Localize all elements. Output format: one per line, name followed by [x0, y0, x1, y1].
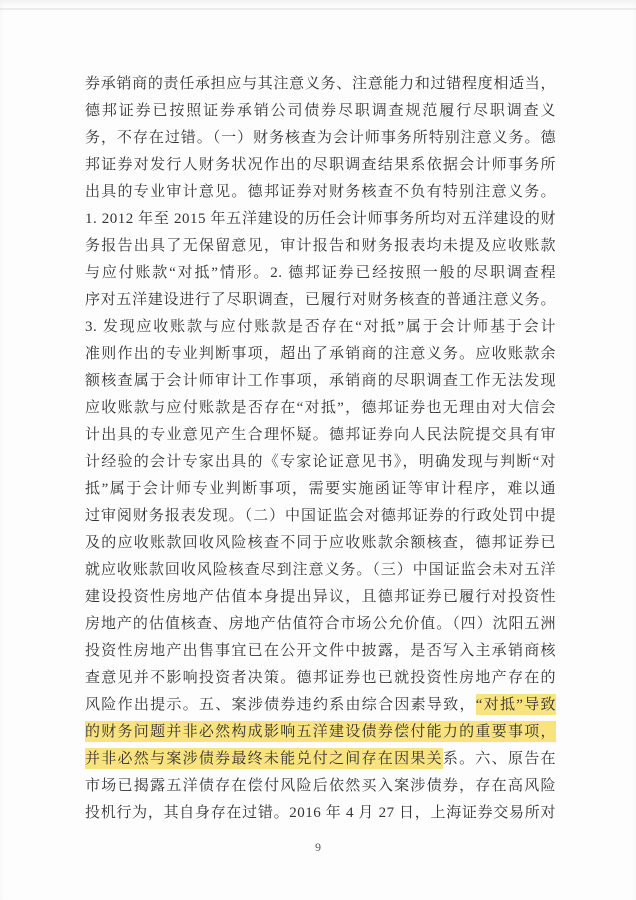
text-segment: 投机行为，其自身存在过错。2016 年 4 月 27 日，上海证券交易所对: [85, 805, 556, 821]
text-line: 查意见并不影响投资者决策。德邦证券也已就投资性房地产存在的: [85, 665, 556, 692]
text-line: 房地产的估值核查、房地产估值符合市场公允价值。（四）沈阳五洲: [85, 611, 556, 638]
text-line: 务报告出具了无保留意见，审计报告和财务报表均未提及应收账款: [85, 233, 556, 260]
text-segment: 3. 发现应收账款与应付账款是否存在“对抵”属于会计师基于会计: [85, 319, 556, 335]
text-line: 投机行为，其自身存在过错。2016 年 4 月 27 日，上海证券交易所对: [85, 800, 556, 827]
text-segment: 投资性房地产出售事宜已在公开文件中披露，是否写入主承销商核: [85, 643, 556, 659]
text-line: 市场已揭露五洋债存在偿付风险后依然买入案涉债券，存在高风险: [85, 773, 556, 800]
text-line: 准则作出的专业判断事项，超出了承销商的注意义务。应收账款余: [85, 341, 556, 368]
highlighted-text: 并非必然与案涉债券最终未能兑付之间存在因果关: [85, 748, 443, 769]
text-segment: 市场已揭露五洋债存在偿付风险后依然买入案涉债券，存在高风险: [85, 778, 556, 794]
text-line: 的财务问题并非必然构成影响五洋建设债券偿付能力的重要事项，: [85, 719, 556, 746]
scan-artifact-line: [0, 8, 636, 10]
text-segment: 抵”属于会计师专业判断事项，需要实施函证等审计程序，难以通: [85, 481, 556, 497]
text-line: 计经验的会计专家出具的《专家论证意见书》，明确发现与判断“对: [85, 449, 556, 476]
text-segment: 额核查属于会计师审计工作事项，承销商的尽职调查工作无法发现: [85, 373, 556, 389]
text-line: 务，不存在过错。（一）财务核查为会计师事务所特别注意义务。德: [85, 125, 556, 152]
highlighted-text: 的财务问题并非必然构成影响五洋建设债券偿付能力的重要事项，: [85, 721, 556, 742]
text-line: 风险作出提示。五、案涉债券违约系由综合因素导致，“对抵”导致: [85, 692, 556, 719]
text-line: 3. 发现应收账款与应付账款是否存在“对抵”属于会计师基于会计: [85, 314, 556, 341]
text-segment: 过审阅财务报表发现。（二）中国证监会对德邦证券的行政处罚中提: [85, 508, 556, 524]
text-line: 券承销商的责任承担应与其注意义务、注意能力和过错程度相适当，: [85, 71, 556, 98]
text-segment: 房地产的估值核查、房地产估值符合市场公允价值。（四）沈阳五洲: [85, 616, 556, 632]
text-line: 额核查属于会计师审计工作事项，承销商的尽职调查工作无法发现: [85, 368, 556, 395]
text-segment: 出具的专业审计意见。德邦证券对财务核查不负有特别注意义务。: [85, 184, 556, 200]
text-segment: 应收账款与应付账款是否存在“对抵”，德邦证券也无理由对大信会: [85, 400, 556, 416]
text-segment: 1. 2012 年至 2015 年五洋建设的历任会计师事务所均对五洋建设的财: [85, 211, 556, 227]
text-segment: 德邦证券已按照证券承销公司债券尽职调查规范履行尽职调查义: [85, 103, 556, 119]
text-segment: 邦证券对发行人财务状况作出的尽职调查结果系依据会计师事务所: [85, 157, 556, 173]
text-line: 邦证券对发行人财务状况作出的尽职调查结果系依据会计师事务所: [85, 152, 556, 179]
text-segment: 序对五洋建设进行了尽职调查，已履行对财务核查的普通注意义务。: [85, 292, 556, 308]
text-segment: 准则作出的专业判断事项，超出了承销商的注意义务。应收账款余: [85, 346, 556, 362]
document-body: 券承销商的责任承担应与其注意义务、注意能力和过错程度相适当，德邦证券已按照证券承…: [85, 71, 556, 827]
document-page: 券承销商的责任承担应与其注意义务、注意能力和过错程度相适当，德邦证券已按照证券承…: [0, 0, 636, 900]
text-segment: 及的应收账款回收风险核查不同于应收账款余额核查，德邦证券已: [85, 535, 556, 551]
text-segment: 券承销商的责任承担应与其注意义务、注意能力和过错程度相适当，: [85, 76, 556, 92]
text-segment: 就应收账款回收风险核查尽到注意义务。（三）中国证监会未对五洋: [85, 562, 556, 578]
text-line: 抵”属于会计师专业判断事项，需要实施函证等审计程序，难以通: [85, 476, 556, 503]
text-segment: 与应付账款“对抵”情形。2. 德邦证券已经按照一般的尽职调查程: [85, 265, 556, 281]
text-line: 就应收账款回收风险核查尽到注意义务。（三）中国证监会未对五洋: [85, 557, 556, 584]
text-segment: 风险作出提示。五、案涉债券违约系由综合因素导致，: [85, 697, 476, 713]
text-line: 建设投资性房地产估值本身提出异议，且德邦证券已履行对投资性: [85, 584, 556, 611]
text-line: 及的应收账款回收风险核查不同于应收账款余额核查，德邦证券已: [85, 530, 556, 557]
text-line: 投资性房地产出售事宜已在公开文件中披露，是否写入主承销商核: [85, 638, 556, 665]
text-line: 应收账款与应付账款是否存在“对抵”，德邦证券也无理由对大信会: [85, 395, 556, 422]
text-segment: 计出具的专业意见产生合理怀疑。德邦证券向人民法院提交具有审: [85, 427, 556, 443]
page-number: 9: [0, 840, 636, 855]
text-segment: 务报告出具了无保留意见，审计报告和财务报表均未提及应收账款: [85, 238, 556, 254]
text-line: 并非必然与案涉债券最终未能兑付之间存在因果关系。六、原告在: [85, 746, 556, 773]
highlighted-text: “对抵”导致: [476, 694, 556, 715]
text-segment: 建设投资性房地产估值本身提出异议，且德邦证券已履行对投资性: [85, 589, 556, 605]
text-segment: 务，不存在过错。（一）财务核查为会计师事务所特别注意义务。德: [85, 130, 556, 146]
text-segment: 系。六、原告在: [443, 751, 556, 767]
text-line: 序对五洋建设进行了尽职调查，已履行对财务核查的普通注意义务。: [85, 287, 556, 314]
text-line: 计出具的专业意见产生合理怀疑。德邦证券向人民法院提交具有审: [85, 422, 556, 449]
text-segment: 计经验的会计专家出具的《专家论证意见书》，明确发现与判断“对: [85, 454, 556, 470]
text-line: 出具的专业审计意见。德邦证券对财务核查不负有特别注意义务。: [85, 179, 556, 206]
text-line: 德邦证券已按照证券承销公司债券尽职调查规范履行尽职调查义: [85, 98, 556, 125]
text-line: 过审阅财务报表发现。（二）中国证监会对德邦证券的行政处罚中提: [85, 503, 556, 530]
text-line: 1. 2012 年至 2015 年五洋建设的历任会计师事务所均对五洋建设的财: [85, 206, 556, 233]
text-line: 与应付账款“对抵”情形。2. 德邦证券已经按照一般的尽职调查程: [85, 260, 556, 287]
text-segment: 查意见并不影响投资者决策。德邦证券也已就投资性房地产存在的: [85, 670, 556, 686]
